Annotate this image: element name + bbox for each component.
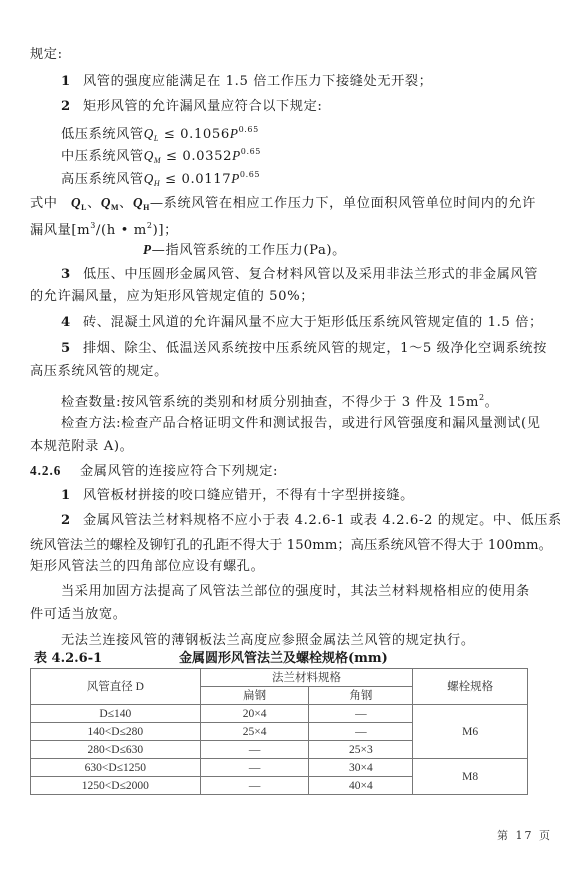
var-q: Q	[71, 195, 81, 210]
unit-text: 漏风量[m	[30, 223, 90, 238]
item-number: 3	[61, 267, 83, 283]
remark-1: 当采用加固方法提高了风管法兰部位的强度时，其法兰材料规格相应的使用条	[61, 584, 570, 600]
check-text: 检查数量:按风管系统的类别和材质分别抽查，不得少于 3 件及 15m	[61, 395, 479, 410]
cell-angle: 25×3	[309, 741, 413, 759]
p-text: —指风管系统的工作压力(Pa)。	[152, 243, 346, 258]
item-text: 风管的强度应能满足在 1.5 倍工作压力下接缝处无开裂；	[83, 74, 432, 89]
cell-angle: 30×4	[309, 759, 413, 777]
check-quantity: 检查数量:按风管系统的类别和材质分别抽查，不得少于 3 件及 15m2。	[61, 390, 570, 411]
table-title: 金属圆形风管法兰及螺栓规格(mm)	[179, 651, 388, 666]
separator: 、	[119, 196, 133, 211]
cell-flat: 25×4	[200, 723, 309, 741]
item-text: 低压、中压圆形金属风管、复合材料风管以及采用非法兰形式的非金属风管	[83, 267, 538, 282]
cell-diameter: 1250<D≤2000	[31, 777, 201, 795]
table-number: 表 4.2.6-1	[34, 651, 179, 667]
formula-high-pressure: 高压系统风管QH ≤ 0.0117P0.65	[61, 167, 570, 192]
flange-bolt-spec-table: 风管直径 D 法兰材料规格 螺栓规格 扁钢 角钢 D≤140 20×4 — M6…	[30, 668, 528, 795]
page-number: 第 17 页	[497, 827, 552, 843]
formula-exp: 0.65	[239, 125, 259, 134]
cell-flat: —	[200, 759, 309, 777]
p-definition: P—指风管系统的工作压力(Pa)。	[143, 242, 570, 259]
intro-label: 规定:	[30, 47, 542, 63]
header-flat-steel: 扁钢	[200, 687, 309, 705]
cell-angle: —	[309, 723, 413, 741]
where-prefix: 式中	[30, 196, 71, 212]
check-text: 。	[485, 395, 499, 410]
remark-2: 无法兰连接风管的薄钢板法兰高度应参照金属法兰风管的规定执行。	[61, 633, 570, 649]
formula-label: 高压系统风管	[61, 172, 144, 187]
cell-diameter: 280<D≤630	[31, 741, 201, 759]
item-number: 4	[61, 315, 83, 331]
item-number: 1	[61, 74, 83, 90]
formula-var: Q	[144, 171, 154, 186]
header-bolt: 螺栓规格	[413, 669, 528, 705]
cell-flat: —	[200, 777, 309, 795]
unit-line: 漏风量[m3/(h • m2)]；	[30, 218, 542, 239]
formula-var: P	[232, 148, 241, 163]
item-text: 砖、混凝土风道的允许漏风量不应大于矩形低压系统风管规定值的 1.5 倍；	[83, 315, 543, 330]
where-text: —系统风管在相应工作压力下，单位面积风管单位时间内的允许	[150, 196, 536, 211]
check-method-cont: 本规范附录 A)。	[30, 439, 542, 455]
item-number: 5	[61, 341, 83, 357]
item-number: 1	[61, 488, 83, 504]
section-4-2-6: 4.2.6金属风管的连接应符合下列规定:	[30, 463, 542, 480]
var-q: Q	[101, 195, 111, 210]
cell-diameter: 630<D≤1250	[31, 759, 201, 777]
item-text: 排烟、除尘、低温送风系统按中压系统风管的规定，1～5 级净化空调系统按	[83, 341, 547, 356]
formula-where-clause: 式中QL、QM、QH—系统风管在相应工作压力下，单位面积风管单位时间内的允许	[30, 195, 542, 216]
cell-flat: 20×4	[200, 705, 309, 723]
formula-mid-pressure: 中压系统风管QM ≤ 0.0352P0.65	[61, 144, 570, 169]
table-header-row: 风管直径 D 法兰材料规格 螺栓规格	[31, 669, 528, 687]
var-q: Q	[133, 195, 143, 210]
item-number: 2	[61, 513, 83, 529]
cell-flat: —	[200, 741, 309, 759]
cell-angle: —	[309, 705, 413, 723]
formula-label: 低压系统风管	[61, 127, 144, 142]
check-method: 检查方法:检查产品合格证明文件和测试报告，或进行风管强度和漏风量测试(见	[61, 416, 570, 432]
sub-item-2: 2金属风管法兰材料规格不应小于表 4.2.6-1 或表 4.2.6-2 的规定。…	[61, 513, 570, 529]
cell-angle: 40×4	[309, 777, 413, 795]
formula-var: P	[231, 171, 240, 186]
formula-label: 中压系统风管	[61, 149, 144, 164]
item-number: 2	[61, 99, 83, 115]
item-3-cont: 的允许漏风量，应为矩形风管规定值的 50%；	[30, 289, 542, 305]
item-2: 2矩形风管的允许漏风量应符合以下规定:	[61, 99, 570, 115]
header-diameter: 风管直径 D	[31, 669, 201, 705]
formula-rel: ≤ 0.0352	[161, 149, 232, 164]
item-3: 3低压、中压圆形金属风管、复合材料风管以及采用非法兰形式的非金属风管	[61, 267, 570, 283]
item-text: 矩形风管的允许漏风量应符合以下规定:	[83, 99, 322, 114]
cell-bolt: M6	[413, 705, 528, 759]
item-text: 风管板材拼接的咬口缝应错开，不得有十字型拼接缝。	[83, 488, 414, 503]
formula-exp: 0.65	[240, 170, 260, 179]
section-heading: 金属风管的连接应符合下列规定:	[80, 464, 278, 479]
section-number: 4.2.6	[30, 463, 80, 479]
header-angle-steel: 角钢	[309, 687, 413, 705]
cell-bolt: M8	[413, 759, 528, 795]
formula-exp: 0.65	[241, 147, 261, 156]
cell-diameter: 140<D≤280	[31, 723, 201, 741]
item-5-cont: 高压系统风管的规定。	[30, 364, 542, 380]
item-5: 5排烟、除尘、低温送风系统按中压系统风管的规定，1～5 级净化空调系统按	[61, 341, 570, 357]
unit-text: )]；	[153, 223, 178, 238]
formula-rel: ≤ 0.1056	[159, 127, 230, 142]
remark-1-cont: 件可适当放宽。	[30, 607, 542, 623]
var-sub: H	[143, 203, 150, 212]
item-4: 4砖、混凝土风道的允许漏风量不应大于矩形低压系统风管规定值的 1.5 倍；	[61, 315, 570, 331]
sub-item-2-cont: 统风管法兰的螺栓及铆钉孔的孔距不得大于 150mm；高压系统风管不得大于 100…	[30, 538, 542, 554]
header-flange-material: 法兰材料规格	[200, 669, 413, 687]
unit-text: /(h • m	[96, 223, 147, 238]
formula-var: Q	[144, 126, 154, 141]
sub-item-1: 1风管板材拼接的咬口缝应错开，不得有十字型拼接缝。	[61, 488, 570, 504]
table-caption: 表 4.2.6-1金属圆形风管法兰及螺栓规格(mm)	[34, 651, 524, 667]
var-sub: M	[111, 203, 119, 212]
sub-item-2-cont2: 矩形风管法兰的四角部位应设有螺孔。	[30, 559, 542, 575]
formula-rel: ≤ 0.0117	[160, 172, 231, 187]
separator: 、	[87, 196, 101, 211]
table-row: D≤140 20×4 — M6	[31, 705, 528, 723]
item-1: 1风管的强度应能满足在 1.5 倍工作压力下接缝处无开裂；	[61, 74, 570, 90]
formula-var: P	[230, 126, 239, 141]
item-text: 金属风管法兰材料规格不应小于表 4.2.6-1 或表 4.2.6-2 的规定。中…	[83, 513, 562, 528]
table-row: 630<D≤1250 — 30×4 M8	[31, 759, 528, 777]
var-p: P	[143, 242, 152, 257]
cell-diameter: D≤140	[31, 705, 201, 723]
formula-var: Q	[144, 148, 154, 163]
